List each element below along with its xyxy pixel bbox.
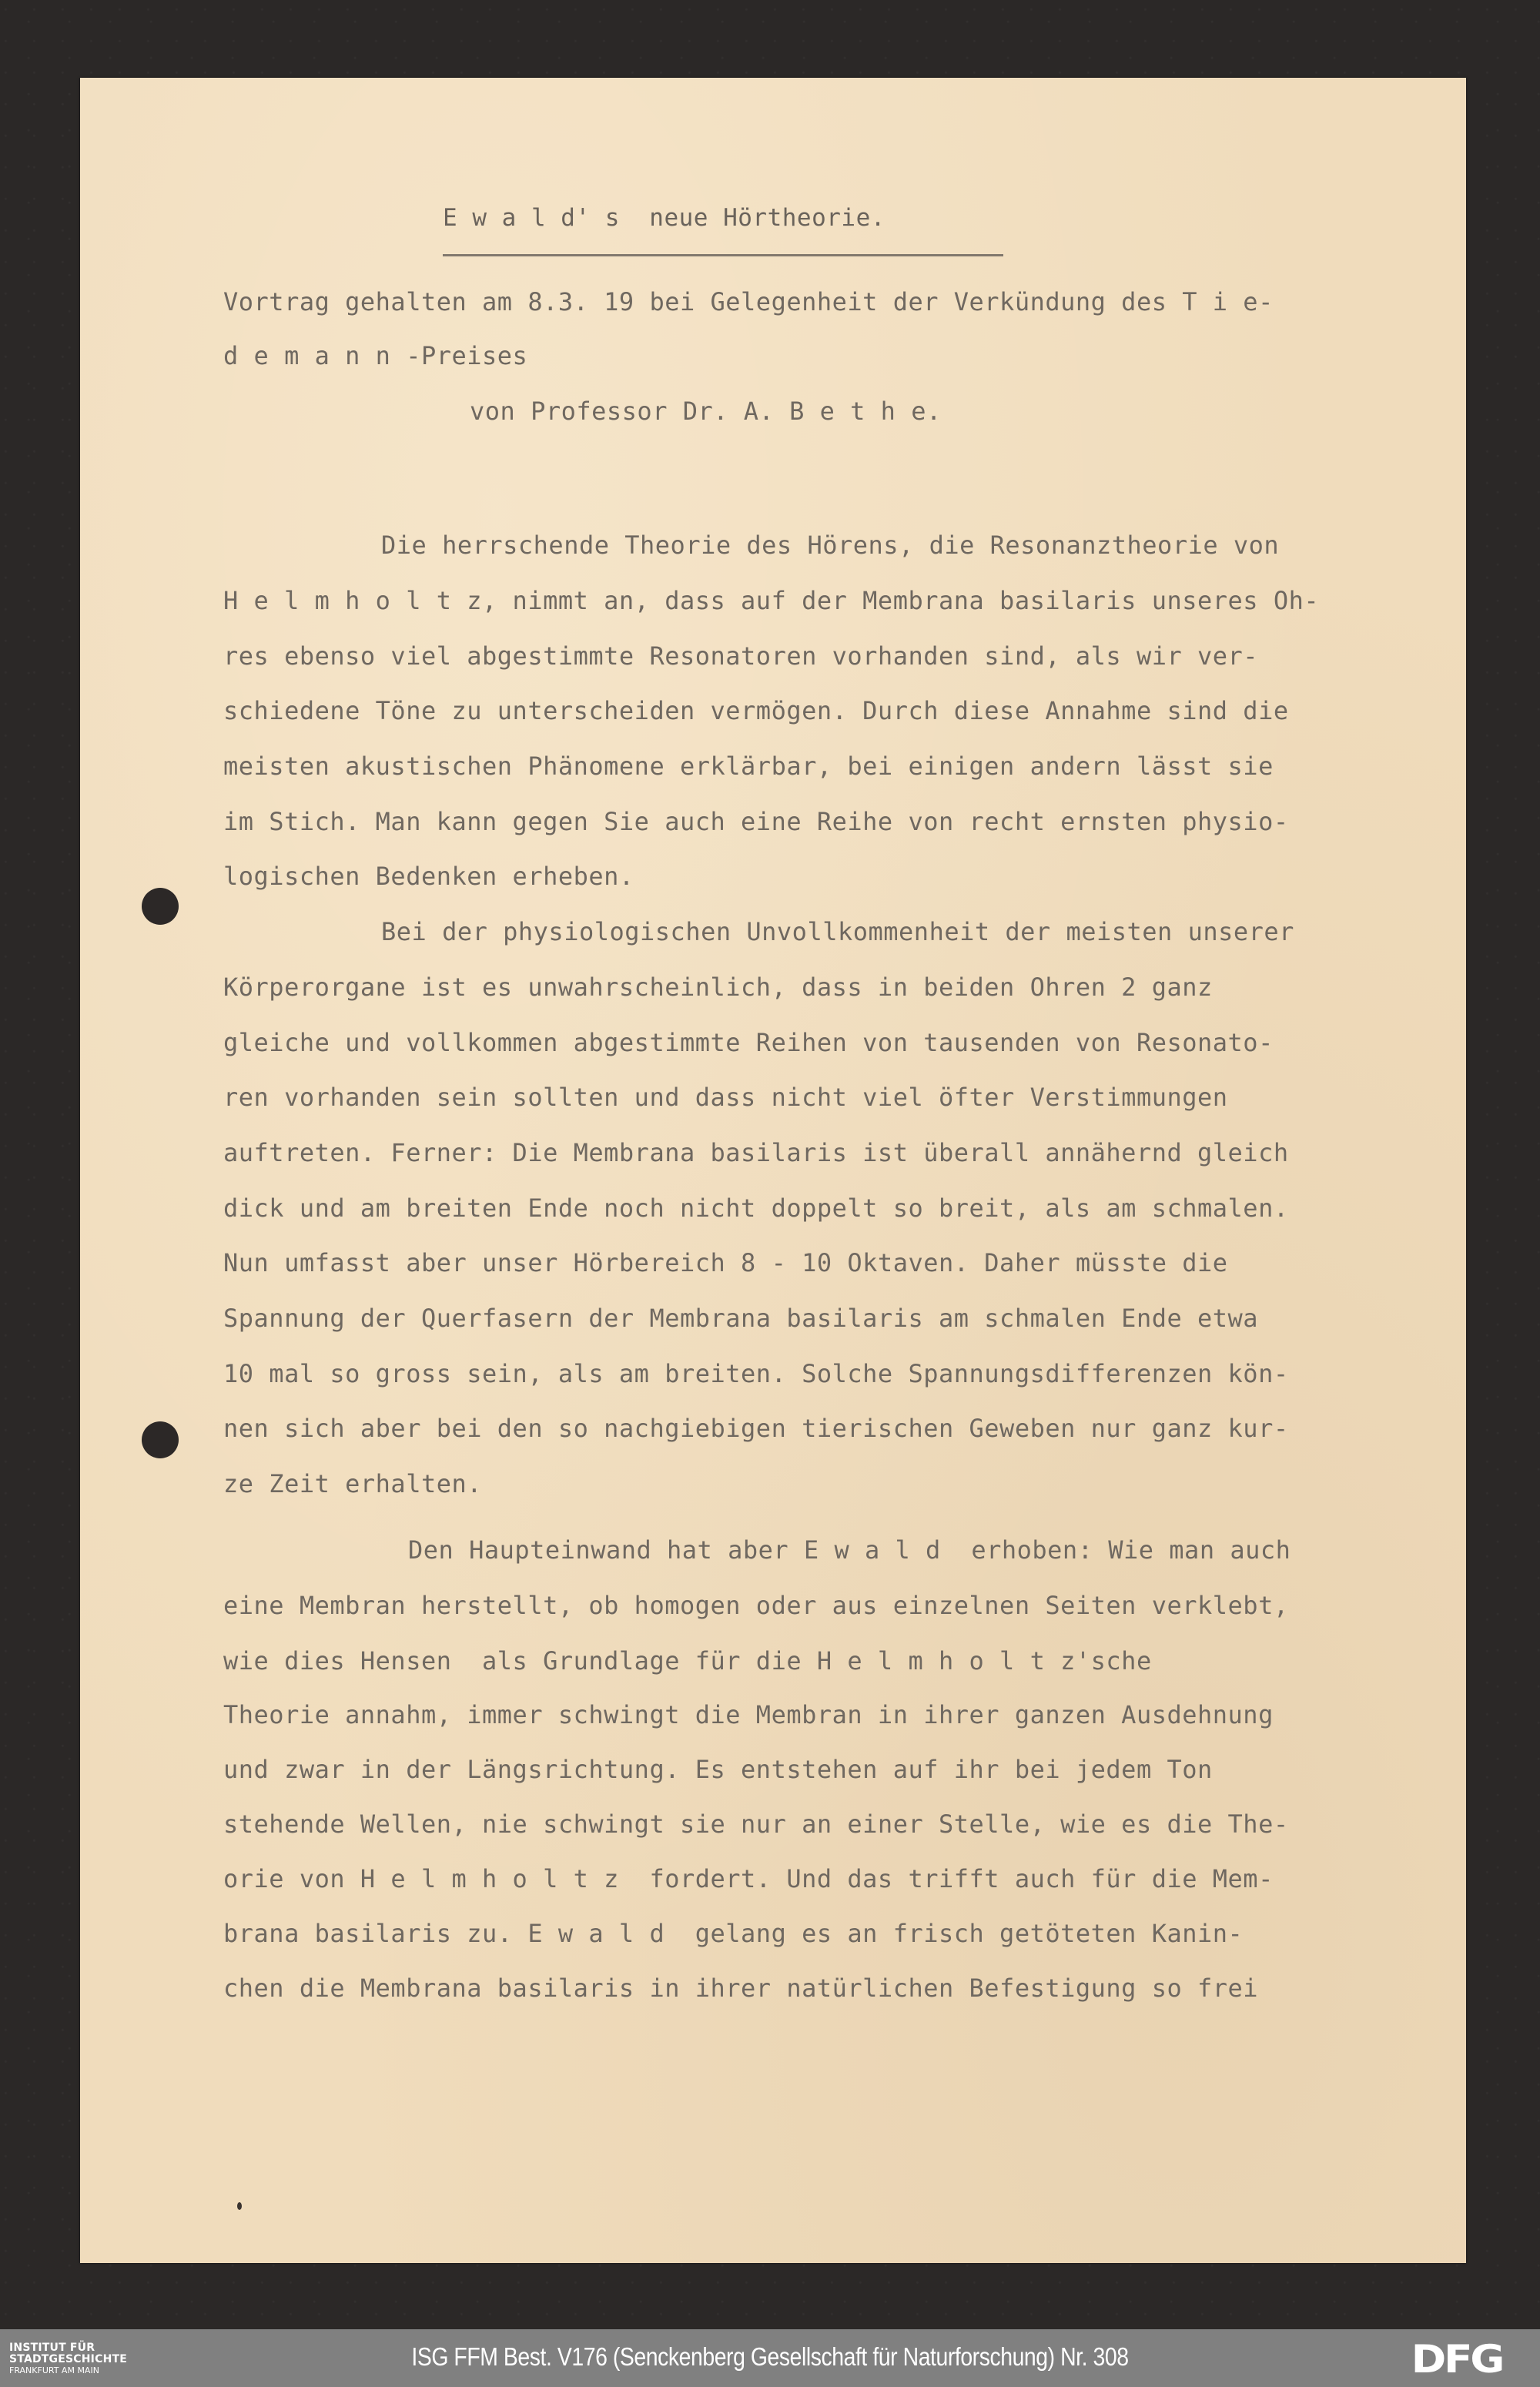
body-line: 10 mal so gross sein, als am breiten. So…: [223, 1358, 1289, 1389]
body-line: im Stich. Man kann gegen Sie auch eine R…: [223, 806, 1289, 837]
title-underline: [443, 254, 1003, 256]
body-line: H e l m h o l t z, nimmt an, dass auf de…: [223, 585, 1319, 616]
body-line: Körperorgane ist es unwahrscheinlich, da…: [223, 972, 1213, 1003]
body-line: meisten akustischen Phänomene erklärbar,…: [223, 751, 1274, 782]
body-line: logischen Bedenken erheben.: [223, 861, 634, 892]
body-line: Nun umfasst aber unser Hörbereich 8 - 10…: [223, 1247, 1228, 1278]
body-line: orie von H e l m h o l t z fordert. Und …: [223, 1863, 1274, 1894]
author-line: von Professor Dr. A. B e t h e.: [470, 396, 942, 427]
body-line: Spannung der Querfasern der Membrana bas…: [223, 1303, 1258, 1334]
body-line: gleiche und vollkommen abgestimmte Reihe…: [223, 1027, 1274, 1058]
body-line: Bei der physiologischen Unvollkommenheit…: [381, 916, 1294, 947]
body-line: Den Haupteinwand hat aber E w a l d erho…: [408, 1535, 1291, 1565]
body-line: ren vorhanden sein sollten und dass nich…: [223, 1082, 1228, 1113]
body-line: und zwar in der Längsrichtung. Es entste…: [223, 1754, 1213, 1785]
body-line: chen die Membrana basilaris in ihrer nat…: [223, 1973, 1258, 2004]
body-line: Die herrschende Theorie des Hörens, die …: [381, 530, 1279, 561]
body-line: res ebenso viel abgestimmte Resonatoren …: [223, 641, 1258, 671]
dfg-logo: DFG: [1411, 2340, 1502, 2379]
archive-footer: INSTITUT FÜR STADTGESCHICHTE FRANKFURT A…: [0, 2329, 1540, 2387]
body-line: ze Zeit erhalten.: [223, 1468, 482, 1499]
body-line: Theorie annahm, immer schwingt die Membr…: [223, 1699, 1274, 1730]
body-line: eine Membran herstellt, ob homogen oder …: [223, 1590, 1289, 1621]
body-line: wie dies Hensen als Grundlage für die H …: [223, 1645, 1152, 1676]
body-line: auftreten. Ferner: Die Membrana basilari…: [223, 1137, 1289, 1168]
subtitle-line: Vortrag gehalten am 8.3. 19 bei Gelegenh…: [223, 286, 1274, 317]
archive-signature-caption: ISG FFM Best. V176 (Senckenberg Gesellsc…: [108, 2342, 1432, 2372]
body-line: nen sich aber bei den so nachgiebigen ti…: [223, 1413, 1289, 1444]
body-line: schiedene Töne zu unterscheiden vermögen…: [223, 695, 1289, 726]
punch-hole-bottom: [142, 1421, 179, 1458]
subtitle-line: d e m a n n -Preises: [223, 340, 527, 371]
body-line: brana basilaris zu. E w a l d gelang es …: [223, 1918, 1243, 1949]
ink-mark: [237, 2202, 242, 2210]
body-line: stehende Wellen, nie schwingt sie nur an…: [223, 1809, 1289, 1840]
document-title: E w a l d' s neue Hörtheorie.: [443, 204, 885, 232]
punch-hole-top: [142, 888, 179, 925]
body-line: dick und am breiten Ende noch nicht dopp…: [223, 1193, 1289, 1224]
